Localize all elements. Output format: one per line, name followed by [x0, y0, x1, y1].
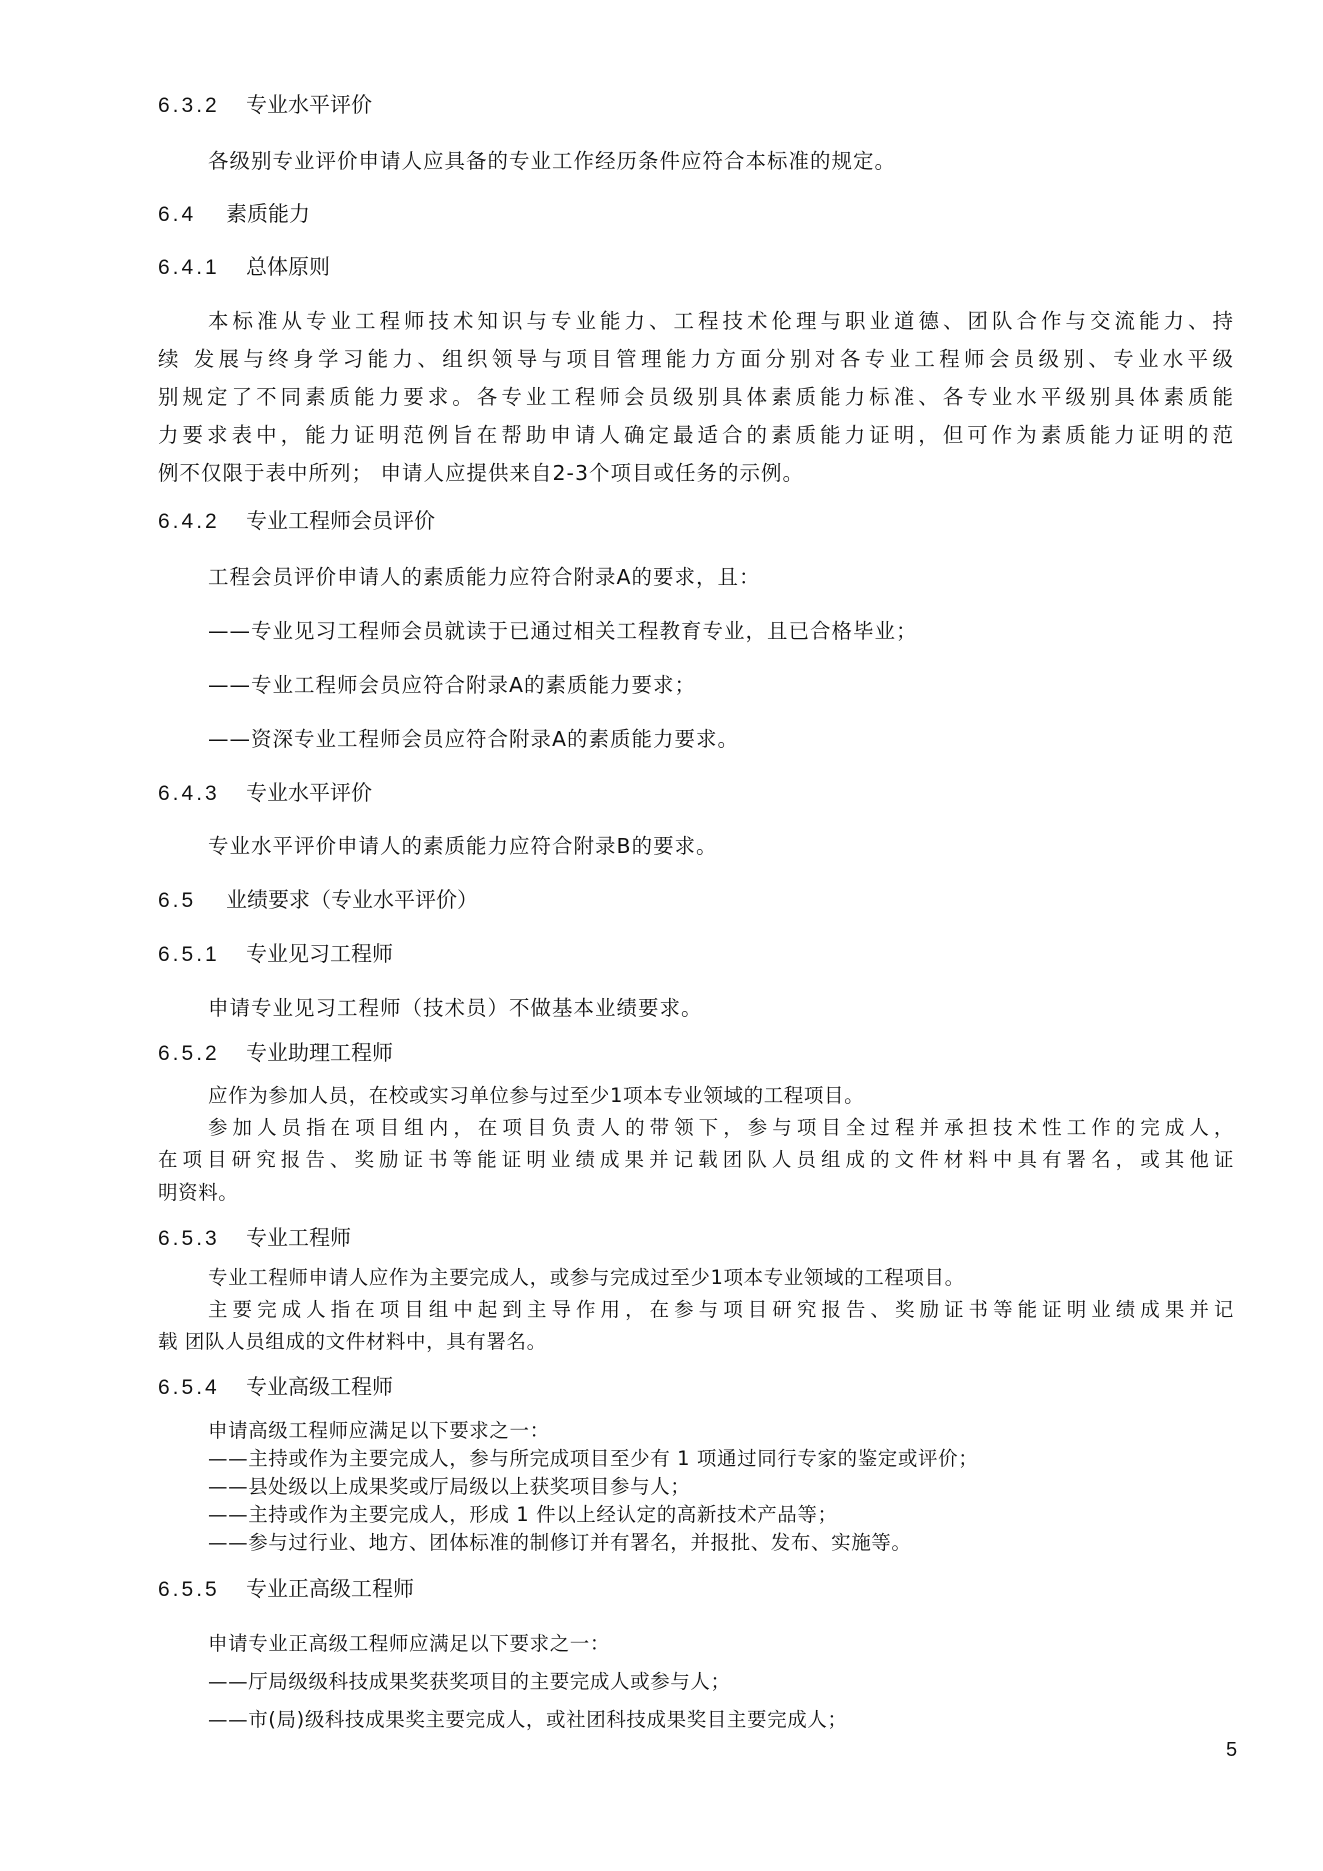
list-item: ——参与过行业、地方、团体标准的制修订并有署名，并报批、发布、实施等。	[208, 1530, 912, 1556]
section-title: 专业工程师会员评价	[246, 509, 435, 533]
section-number: 6.4.2	[158, 508, 246, 536]
heading-6-4-1: 6.4.1总体原则	[158, 253, 330, 282]
section-title: 专业高级工程师	[246, 1375, 393, 1399]
list-item: ——主持或作为主要完成人，形成 1 件以上经认定的高新技术产品等；	[208, 1502, 838, 1528]
list-item: ——厅局级级科技成果奖获奖项目的主要完成人或参与人；	[208, 1669, 731, 1695]
heading-6-5-4: 6.5.4专业高级工程师	[158, 1373, 393, 1402]
section-title: 总体原则	[246, 255, 330, 279]
heading-6-4: 6.4素质能力	[158, 200, 310, 229]
heading-6-5-5: 6.5.5专业正高级工程师	[158, 1575, 414, 1604]
list-item: ——专业工程师会员应符合附录A的素质能力要求；	[208, 671, 696, 699]
paragraph: 专业水平评价申请人的素质能力应符合附录B的要求。	[208, 832, 718, 860]
section-number: 6.5	[158, 887, 226, 915]
paragraph: 申请专业见习工程师（技术员）不做基本业绩要求。	[208, 994, 703, 1022]
section-number: 6.5.2	[158, 1040, 246, 1068]
heading-6-5-1: 6.5.1专业见习工程师	[158, 940, 393, 969]
paragraph-line: 力要求表中，能力证明范例旨在帮助申请人确定最适合的素质能力证明，但可作为素质能力…	[158, 421, 1234, 449]
section-number: 6.5.3	[158, 1225, 246, 1253]
heading-6-4-2: 6.4.2专业工程师会员评价	[158, 507, 435, 536]
section-number: 6.3.2	[158, 92, 246, 120]
section-title: 专业正高级工程师	[246, 1577, 414, 1601]
list-item: ——市(局)级科技成果奖主要完成人，或社团科技成果奖目主要完成人；	[208, 1707, 848, 1733]
paragraph-line: 载 团队人员组成的文件材料中，具有署名。	[158, 1329, 547, 1355]
paragraph-line: 应作为参加人员，在校或实习单位参与过至少1项本专业领域的工程项目。	[208, 1083, 864, 1109]
list-item: ——县处级以上成果奖或厅局级以上获奖项目参与人；	[208, 1474, 690, 1500]
section-title: 专业工程师	[246, 1226, 351, 1250]
section-number: 6.4	[158, 201, 226, 229]
section-number: 6.5.4	[158, 1374, 246, 1402]
paragraph: 申请专业正高级工程师应满足以下要求之一：	[208, 1631, 610, 1657]
section-title: 专业助理工程师	[246, 1041, 393, 1065]
section-number: 6.5.5	[158, 1576, 246, 1604]
paragraph-line: 例不仅限于表中所列； 申请人应提供来自2-3个项目或任务的示例。	[158, 459, 804, 487]
section-title: 专业水平评价	[246, 93, 372, 117]
section-title: 业绩要求（专业水平评价）	[226, 888, 478, 912]
list-item: ——专业见习工程师会员就读于已通过相关工程教育专业，且已合格毕业；	[208, 617, 918, 645]
page-number: 5	[1226, 1739, 1237, 1762]
section-number: 6.4.3	[158, 780, 246, 808]
paragraph: 申请高级工程师应满足以下要求之一：	[208, 1418, 550, 1444]
section-title: 专业水平评价	[246, 781, 372, 805]
paragraph: 各级别专业评价申请人应具备的专业工作经历条件应符合本标准的规定。	[208, 147, 896, 175]
paragraph-line: 续 发展与终身学习能力、组织领导与项目管理能力方面分别对各专业工程师会员级别、专…	[158, 345, 1234, 373]
heading-6-5: 6.5业绩要求（专业水平评价）	[158, 886, 478, 915]
paragraph-line: 本标准从专业工程师技术知识与专业能力、工程技术伦理与职业道德、团队合作与交流能力…	[208, 307, 1234, 335]
heading-6-3-2: 6.3.2专业水平评价	[158, 91, 372, 120]
section-number: 6.4.1	[158, 254, 246, 282]
paragraph-line: 参加人员指在项目组内，在项目负责人的带领下，参与项目全过程并承担技术性工作的完成…	[208, 1115, 1234, 1141]
list-item: ——主持或作为主要完成人，参与所完成项目至少有 1 项通过同行专家的鉴定或评价；	[208, 1446, 978, 1472]
section-number: 6.5.1	[158, 941, 246, 969]
paragraph: 工程会员评价申请人的素质能力应符合附录A的要求，且：	[208, 563, 761, 591]
section-title: 专业见习工程师	[246, 942, 393, 966]
paragraph-line: 主要完成人指在项目组中起到主导作用，在参与项目研究报告、奖励证书等能证明业绩成果…	[208, 1297, 1234, 1323]
list-item: ——资深专业工程师会员应符合附录A的素质能力要求。	[208, 725, 739, 753]
section-title: 素质能力	[226, 202, 310, 226]
paragraph-line: 在项目研究报告、奖励证书等能证明业绩成果并记载团队人员组成的文件材料中具有署名，…	[158, 1147, 1234, 1173]
heading-6-5-3: 6.5.3专业工程师	[158, 1224, 351, 1253]
paragraph-line: 别规定了不同素质能力要求。各专业工程师会员级别具体素质能力标准、各专业水平级别具…	[158, 383, 1234, 411]
heading-6-5-2: 6.5.2专业助理工程师	[158, 1039, 393, 1068]
paragraph-line: 专业工程师申请人应作为主要完成人，或参与完成过至少1项本专业领域的工程项目。	[208, 1265, 965, 1291]
heading-6-4-3: 6.4.3专业水平评价	[158, 779, 372, 808]
paragraph-line: 明资料。	[158, 1180, 238, 1206]
